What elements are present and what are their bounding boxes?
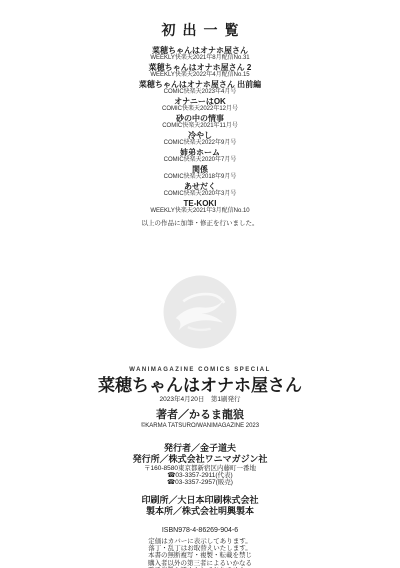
work-source: COMIC快楽天2020年7月号 bbox=[0, 157, 400, 164]
colophon-page: 初出一覧 菜穂ちゃんはオナホ屋さん WEEKLY快楽天2021年8月配信No.3… bbox=[0, 0, 400, 568]
work-source: WEEKLY快楽天2022年4月配信No.15 bbox=[0, 72, 400, 79]
isbn: ISBN978-4-86269-904-6 bbox=[0, 526, 400, 535]
work-title: オナニーはOK bbox=[0, 97, 400, 106]
wanimagazine-dragon-emblem-icon bbox=[162, 337, 238, 354]
first-publication-heading: 初出一覧 bbox=[0, 22, 400, 38]
list-item: 砂の中の情事 COMIC快楽天2021年11月号 bbox=[0, 114, 400, 130]
work-title: 関係 bbox=[0, 165, 400, 174]
list-item: 姉弟ホーム COMIC快楽天2020年7月号 bbox=[0, 148, 400, 164]
work-title: 姉弟ホーム bbox=[0, 148, 400, 157]
notice-line: 購入者以外の第三者によるいかなる bbox=[0, 560, 400, 567]
work-title: 砂の中の情事 bbox=[0, 114, 400, 123]
edition-line: 2023年4月20日 第1刷発行 bbox=[0, 396, 400, 404]
list-item: オナニーはOK COMIC快楽天2022年12月号 bbox=[0, 97, 400, 113]
list-item: 菜穂ちゃんはオナホ屋さん WEEKLY快楽天2021年8月配信No.31 bbox=[0, 46, 400, 62]
emblem-container bbox=[0, 274, 400, 350]
list-item: 菜穂ちゃんはオナホ屋さん 2 WEEKLY快楽天2022年4月配信No.15 bbox=[0, 63, 400, 79]
work-title: TE-KOKI bbox=[0, 199, 400, 208]
first-publication-list: 菜穂ちゃんはオナホ屋さん WEEKLY快楽天2021年8月配信No.31 菜穂ち… bbox=[0, 46, 400, 215]
book-title: 菜穂ちゃんはオナホ屋さん bbox=[0, 376, 400, 395]
list-item: 冷やし COMIC快楽天2022年9月号 bbox=[0, 131, 400, 147]
printer-block: 印刷所／大日本印刷株式会社 製本所／株式会社明興製本 bbox=[0, 495, 400, 517]
work-source: COMIC快楽天2022年9月号 bbox=[0, 140, 400, 147]
work-title: あせだく bbox=[0, 182, 400, 191]
list-item: 菜穂ちゃんはオナホ屋さん 出前編 COMIC快楽天2023年4月号 bbox=[0, 80, 400, 96]
publisher-person: 発行者／金子道夫 bbox=[0, 443, 400, 454]
phone-sales: ☎03-3357-2957(販売) bbox=[0, 479, 400, 486]
list-item: 関係 COMIC快楽天2018年9月号 bbox=[0, 165, 400, 181]
publisher-company: 発行所／株式会社ワニマガジン社 bbox=[0, 454, 400, 465]
work-title: 冷やし bbox=[0, 131, 400, 140]
work-title: 菜穂ちゃんはオナホ屋さん bbox=[0, 46, 400, 55]
printer-line: 印刷所／大日本印刷株式会社 bbox=[0, 495, 400, 506]
work-source: COMIC快楽天2021年11月号 bbox=[0, 123, 400, 130]
notice-line: 本書の無断複写・複製・転載を禁じ bbox=[0, 552, 400, 559]
publisher-address: 〒160-8580東京都新宿区内藤町一番地 bbox=[0, 465, 400, 472]
work-title: 菜穂ちゃんはオナホ屋さん 出前編 bbox=[0, 80, 400, 89]
series-label: WANIMAGAZINE COMICS SPECIAL bbox=[0, 367, 400, 374]
publisher-block: 発行者／金子道夫 発行所／株式会社ワニマガジン社 〒160-8580東京都新宿区… bbox=[0, 443, 400, 486]
work-source: WEEKLY快楽天2021年8月配信No.31 bbox=[0, 55, 400, 62]
work-source: COMIC快楽天2023年4月号 bbox=[0, 89, 400, 96]
work-source: COMIC快楽天2022年12月号 bbox=[0, 106, 400, 113]
copyright-line: ©KARMA TATSURO/WANIMAGAZINE 2023 bbox=[0, 423, 400, 430]
work-source: COMIC快楽天2018年9月号 bbox=[0, 174, 400, 181]
list-item: あせだく COMIC快楽天2020年3月号 bbox=[0, 182, 400, 198]
work-source: COMIC快楽天2020年3月号 bbox=[0, 191, 400, 198]
list-item: TE-KOKI WEEKLY快楽天2021年3月配信No.10 bbox=[0, 199, 400, 215]
phone-main: ☎03-3357-2911(代表) bbox=[0, 472, 400, 479]
legal-notice: 定価はカバーに表示してあります。 落丁・乱丁はお取替えいたします。 本書の無断複… bbox=[0, 538, 400, 568]
work-title: 菜穂ちゃんはオナホ屋さん 2 bbox=[0, 63, 400, 72]
revision-note: 以上の作品に加筆・修正を行いました。 bbox=[0, 220, 400, 228]
author-line: 著者／かるま龍狼 bbox=[0, 409, 400, 422]
work-source: WEEKLY快楽天2021年3月配信No.10 bbox=[0, 208, 400, 215]
binder-line: 製本所／株式会社明興製本 bbox=[0, 506, 400, 517]
